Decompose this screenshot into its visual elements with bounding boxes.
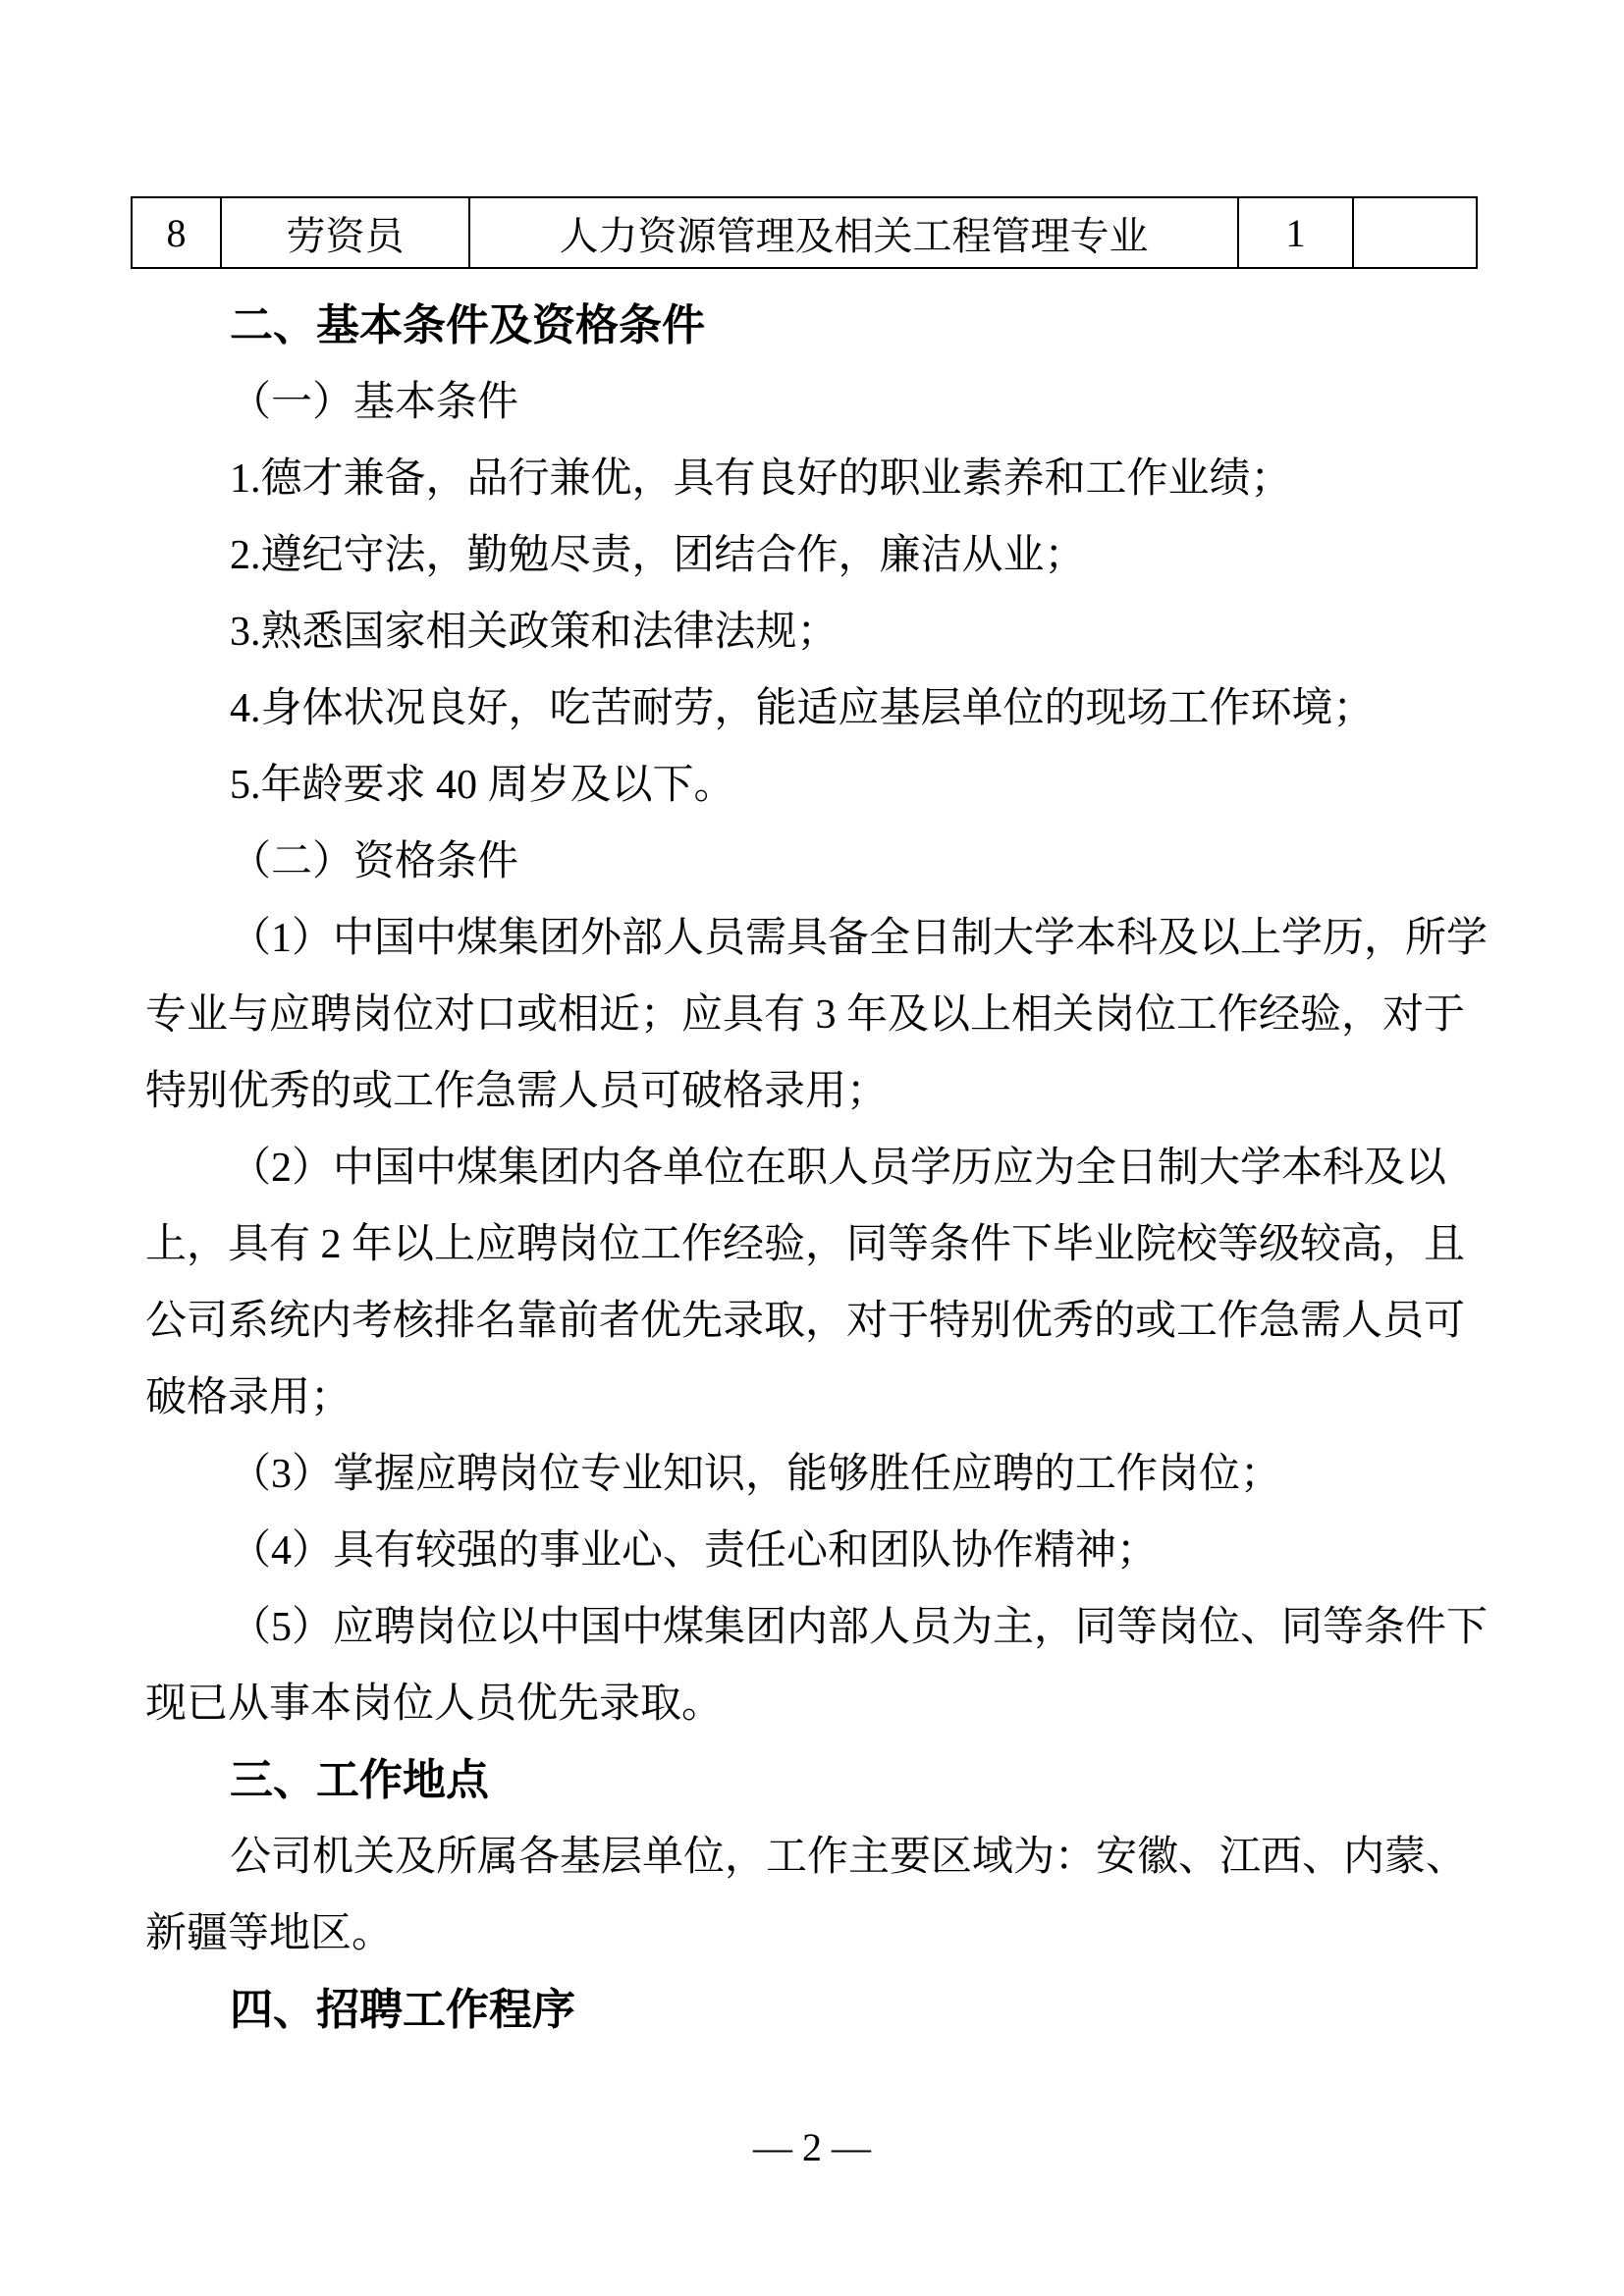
table-row: 8 劳资员 人力资源管理及相关工程管理专业 1	[132, 197, 1477, 268]
document-page: 8 劳资员 人力资源管理及相关工程管理专业 1 二、基本条件及资格条件 （一）基…	[0, 0, 1624, 2296]
paragraph-line: 新疆等地区。	[145, 1896, 1479, 1972]
cell-note	[1353, 197, 1477, 268]
numbered-item-1: 1.德才兼备，品行兼优，具有良好的职业素养和工作业绩；	[145, 441, 1479, 517]
cell-seq: 8	[132, 197, 221, 268]
subsection-heading-1: （一）基本条件	[145, 364, 1479, 441]
paragraph-line: （2）中国中煤集团内各单位在职人员学历应为全日制大学本科及以	[145, 1130, 1479, 1206]
paragraph-line: 公司机关及所属各基层单位，工作主要区域为：安徽、江西、内蒙、	[145, 1819, 1479, 1896]
section-heading-3: 三、工作地点	[145, 1742, 1479, 1819]
cell-major: 人力资源管理及相关工程管理专业	[469, 197, 1238, 268]
paragraph-line: 公司系统内考核排名靠前者优先录取，对于特别优秀的或工作急需人员可	[145, 1283, 1479, 1360]
paragraph-line: （5）应聘岗位以中国中煤集团内部人员为主，同等岗位、同等条件下	[145, 1589, 1479, 1666]
position-table: 8 劳资员 人力资源管理及相关工程管理专业 1	[131, 196, 1478, 269]
cell-headcount: 1	[1238, 197, 1353, 268]
paragraph-line: 专业与应聘岗位对口或相近；应具有 3 年及以上相关岗位工作经验，对于	[145, 977, 1479, 1053]
paragraph-line: （3）掌握应聘岗位专业知识，能够胜任应聘的工作岗位；	[145, 1436, 1479, 1513]
paragraph-line: 破格录用；	[145, 1360, 1479, 1436]
paragraph-line: 特别优秀的或工作急需人员可破格录用；	[145, 1053, 1479, 1130]
paragraph-line: （1）中国中煤集团外部人员需具备全日制大学本科及以上学历，所学	[145, 900, 1479, 977]
section-heading-2: 二、基本条件及资格条件	[145, 288, 1479, 364]
numbered-item-5: 5.年龄要求 40 周岁及以下。	[145, 747, 1479, 824]
subsection-heading-2: （二）资格条件	[145, 824, 1479, 900]
paragraph-line: 上，具有 2 年以上应聘岗位工作经验，同等条件下毕业院校等级较高，且	[145, 1206, 1479, 1283]
section-heading-4: 四、招聘工作程序	[145, 1972, 1479, 2049]
cell-position: 劳资员	[221, 197, 469, 268]
paragraph-line: 现已从事本岗位人员优先录取。	[145, 1666, 1479, 1742]
document-body: 二、基本条件及资格条件 （一）基本条件 1.德才兼备，品行兼优，具有良好的职业素…	[145, 288, 1479, 2049]
numbered-item-4: 4.身体状况良好，吃苦耐劳，能适应基层单位的现场工作环境；	[145, 670, 1479, 747]
page-number: — 2 —	[0, 2118, 1624, 2177]
numbered-item-3: 3.熟悉国家相关政策和法律法规；	[145, 594, 1479, 670]
paragraph-line: （4）具有较强的事业心、责任心和团队协作精神；	[145, 1513, 1479, 1589]
numbered-item-2: 2.遵纪守法，勤勉尽责，团结合作，廉洁从业；	[145, 517, 1479, 594]
